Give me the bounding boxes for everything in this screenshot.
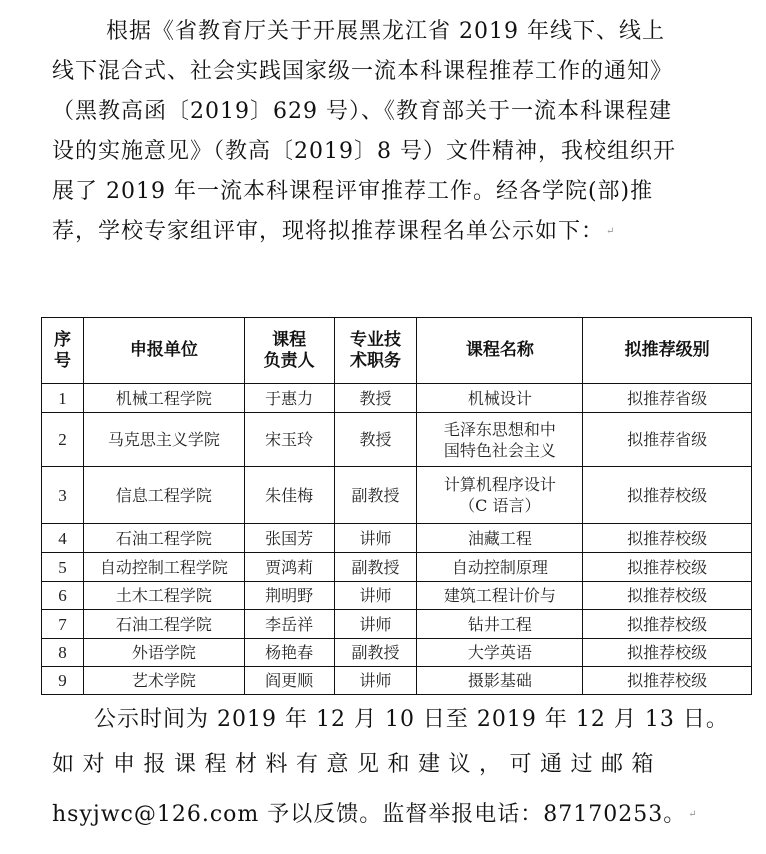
cell-index: 5 [42, 553, 84, 582]
intro-line: 线下混合式、社会实践国家级一流本科课程推荐工作的通知》 [52, 52, 752, 92]
footer-line: 如对申报课程材料有意见和建议，可通过邮箱 [52, 740, 752, 790]
paragraph-mark-icon: ↵ [688, 809, 697, 820]
cell-leader: 阎更顺 [244, 667, 334, 695]
cell-unit: 外语学院 [83, 639, 244, 667]
table-row: 5 自动控制工程学院 贾鸿莉 副教授 自动控制原理 拟推荐校级 [42, 553, 752, 582]
cell-course: 自动控制原理 [417, 553, 583, 582]
cell-unit: 机械工程学院 [83, 384, 244, 413]
intro-line: 设的实施意见》（教高〔2019〕8 号）文件精神，我校组织开 [52, 132, 752, 172]
cell-index: 3 [42, 467, 84, 524]
intro-line: 根据《省教育厅关于开展黑龙江省 2019 年线下、线上 [52, 12, 752, 52]
table-row: 1 机械工程学院 于惠力 教授 机械设计 拟推荐省级 [42, 384, 752, 413]
cell-course: 计算机程序设计（C 语言） [417, 467, 583, 524]
footer-contact-text: hsyjwc@126.com 予以反馈。监督举报电话：87170253。 [52, 802, 686, 827]
cell-level: 拟推荐校级 [583, 667, 752, 695]
cell-leader: 宋玉玲 [244, 413, 334, 467]
cell-leader: 贾鸿莉 [244, 553, 334, 582]
cell-unit: 土木工程学院 [83, 582, 244, 610]
cell-unit: 马克思主义学院 [83, 413, 244, 467]
cell-index: 7 [42, 610, 84, 639]
cell-index: 4 [42, 524, 84, 553]
header-unit: 申报单位 [83, 318, 244, 384]
cell-title: 教授 [334, 413, 417, 467]
cell-course: 建筑工程计价与 [417, 582, 583, 610]
cell-title: 副教授 [334, 553, 417, 582]
header-course: 课程名称 [417, 318, 583, 384]
cell-level: 拟推荐校级 [583, 639, 752, 667]
cell-title: 副教授 [334, 467, 417, 524]
cell-course: 大学英语 [417, 639, 583, 667]
cell-title: 副教授 [334, 639, 417, 667]
cell-leader: 朱佳梅 [244, 467, 334, 524]
cell-level: 拟推荐校级 [583, 467, 752, 524]
cell-title: 讲师 [334, 610, 417, 639]
cell-leader: 张国芳 [244, 524, 334, 553]
cell-leader: 李岳祥 [244, 610, 334, 639]
header-level: 拟推荐级别 [583, 318, 752, 384]
cell-level: 拟推荐省级 [583, 413, 752, 467]
table-header-row: 序号 申报单位 课程负责人 专业技术职务 课程名称 拟推荐级别 [42, 318, 752, 384]
intro-line-text: 荐，学校专家组评审，现将拟推荐课程名单公示如下： [52, 219, 604, 244]
cell-leader: 杨艳春 [244, 639, 334, 667]
cell-title: 讲师 [334, 582, 417, 610]
cell-level: 拟推荐校级 [583, 610, 752, 639]
cell-index: 9 [42, 667, 84, 695]
footer-paragraph: 公示时间为 2019 年 12 月 10 日至 2019 年 12 月 13 日… [52, 700, 752, 840]
table-row: 2 马克思主义学院 宋玉玲 教授 毛泽东思想和中国特色社会主义 拟推荐省级 [42, 413, 752, 467]
cell-level: 拟推荐省级 [583, 384, 752, 413]
cell-level: 拟推荐校级 [583, 524, 752, 553]
header-title: 专业技术职务 [334, 318, 417, 384]
intro-paragraph: 根据《省教育厅关于开展黑龙江省 2019 年线下、线上 线下混合式、社会实践国家… [52, 12, 752, 252]
cell-course: 钻井工程 [417, 610, 583, 639]
cell-unit: 艺术学院 [83, 667, 244, 695]
intro-line: （黑教高函〔2019〕629 号）、《教育部关于一流本科课程建 [52, 92, 752, 132]
table-row: 8 外语学院 杨艳春 副教授 大学英语 拟推荐校级 [42, 639, 752, 667]
cell-unit: 石油工程学院 [83, 610, 244, 639]
cell-index: 1 [42, 384, 84, 413]
cell-unit: 自动控制工程学院 [83, 553, 244, 582]
course-list-table: 序号 申报单位 课程负责人 专业技术职务 课程名称 拟推荐级别 1 机械工程学院… [41, 317, 752, 695]
table-row: 9 艺术学院 阎更顺 讲师 摄影基础 拟推荐校级 [42, 667, 752, 695]
cell-index: 2 [42, 413, 84, 467]
cell-unit: 信息工程学院 [83, 467, 244, 524]
cell-index: 6 [42, 582, 84, 610]
cell-course: 油藏工程 [417, 524, 583, 553]
header-index: 序号 [42, 318, 84, 384]
cell-level: 拟推荐校级 [583, 553, 752, 582]
cell-course: 摄影基础 [417, 667, 583, 695]
footer-line: 公示时间为 2019 年 12 月 10 日至 2019 年 12 月 13 日… [52, 700, 752, 740]
paragraph-mark-icon: ↵ [606, 226, 615, 237]
table-row: 6 土木工程学院 荆明野 讲师 建筑工程计价与 拟推荐校级 [42, 582, 752, 610]
cell-title: 教授 [334, 384, 417, 413]
cell-leader: 于惠力 [244, 384, 334, 413]
table-row: 7 石油工程学院 李岳祥 讲师 钻井工程 拟推荐校级 [42, 610, 752, 639]
intro-line-last: 荐，学校专家组评审，现将拟推荐课程名单公示如下：↵ [52, 212, 752, 252]
table-row: 3 信息工程学院 朱佳梅 副教授 计算机程序设计（C 语言） 拟推荐校级 [42, 467, 752, 524]
cell-unit: 石油工程学院 [83, 524, 244, 553]
cell-course: 机械设计 [417, 384, 583, 413]
table-row: 4 石油工程学院 张国芳 讲师 油藏工程 拟推荐校级 [42, 524, 752, 553]
cell-leader: 荆明野 [244, 582, 334, 610]
cell-title: 讲师 [334, 667, 417, 695]
cell-course: 毛泽东思想和中国特色社会主义 [417, 413, 583, 467]
cell-index: 8 [42, 639, 84, 667]
cell-level: 拟推荐校级 [583, 582, 752, 610]
footer-line-last: hsyjwc@126.com 予以反馈。监督举报电话：87170253。↵ [52, 790, 752, 840]
intro-line: 展了 2019 年一流本科课程评审推荐工作。经各学院(部)推 [52, 172, 752, 212]
cell-title: 讲师 [334, 524, 417, 553]
header-leader: 课程负责人 [244, 318, 334, 384]
